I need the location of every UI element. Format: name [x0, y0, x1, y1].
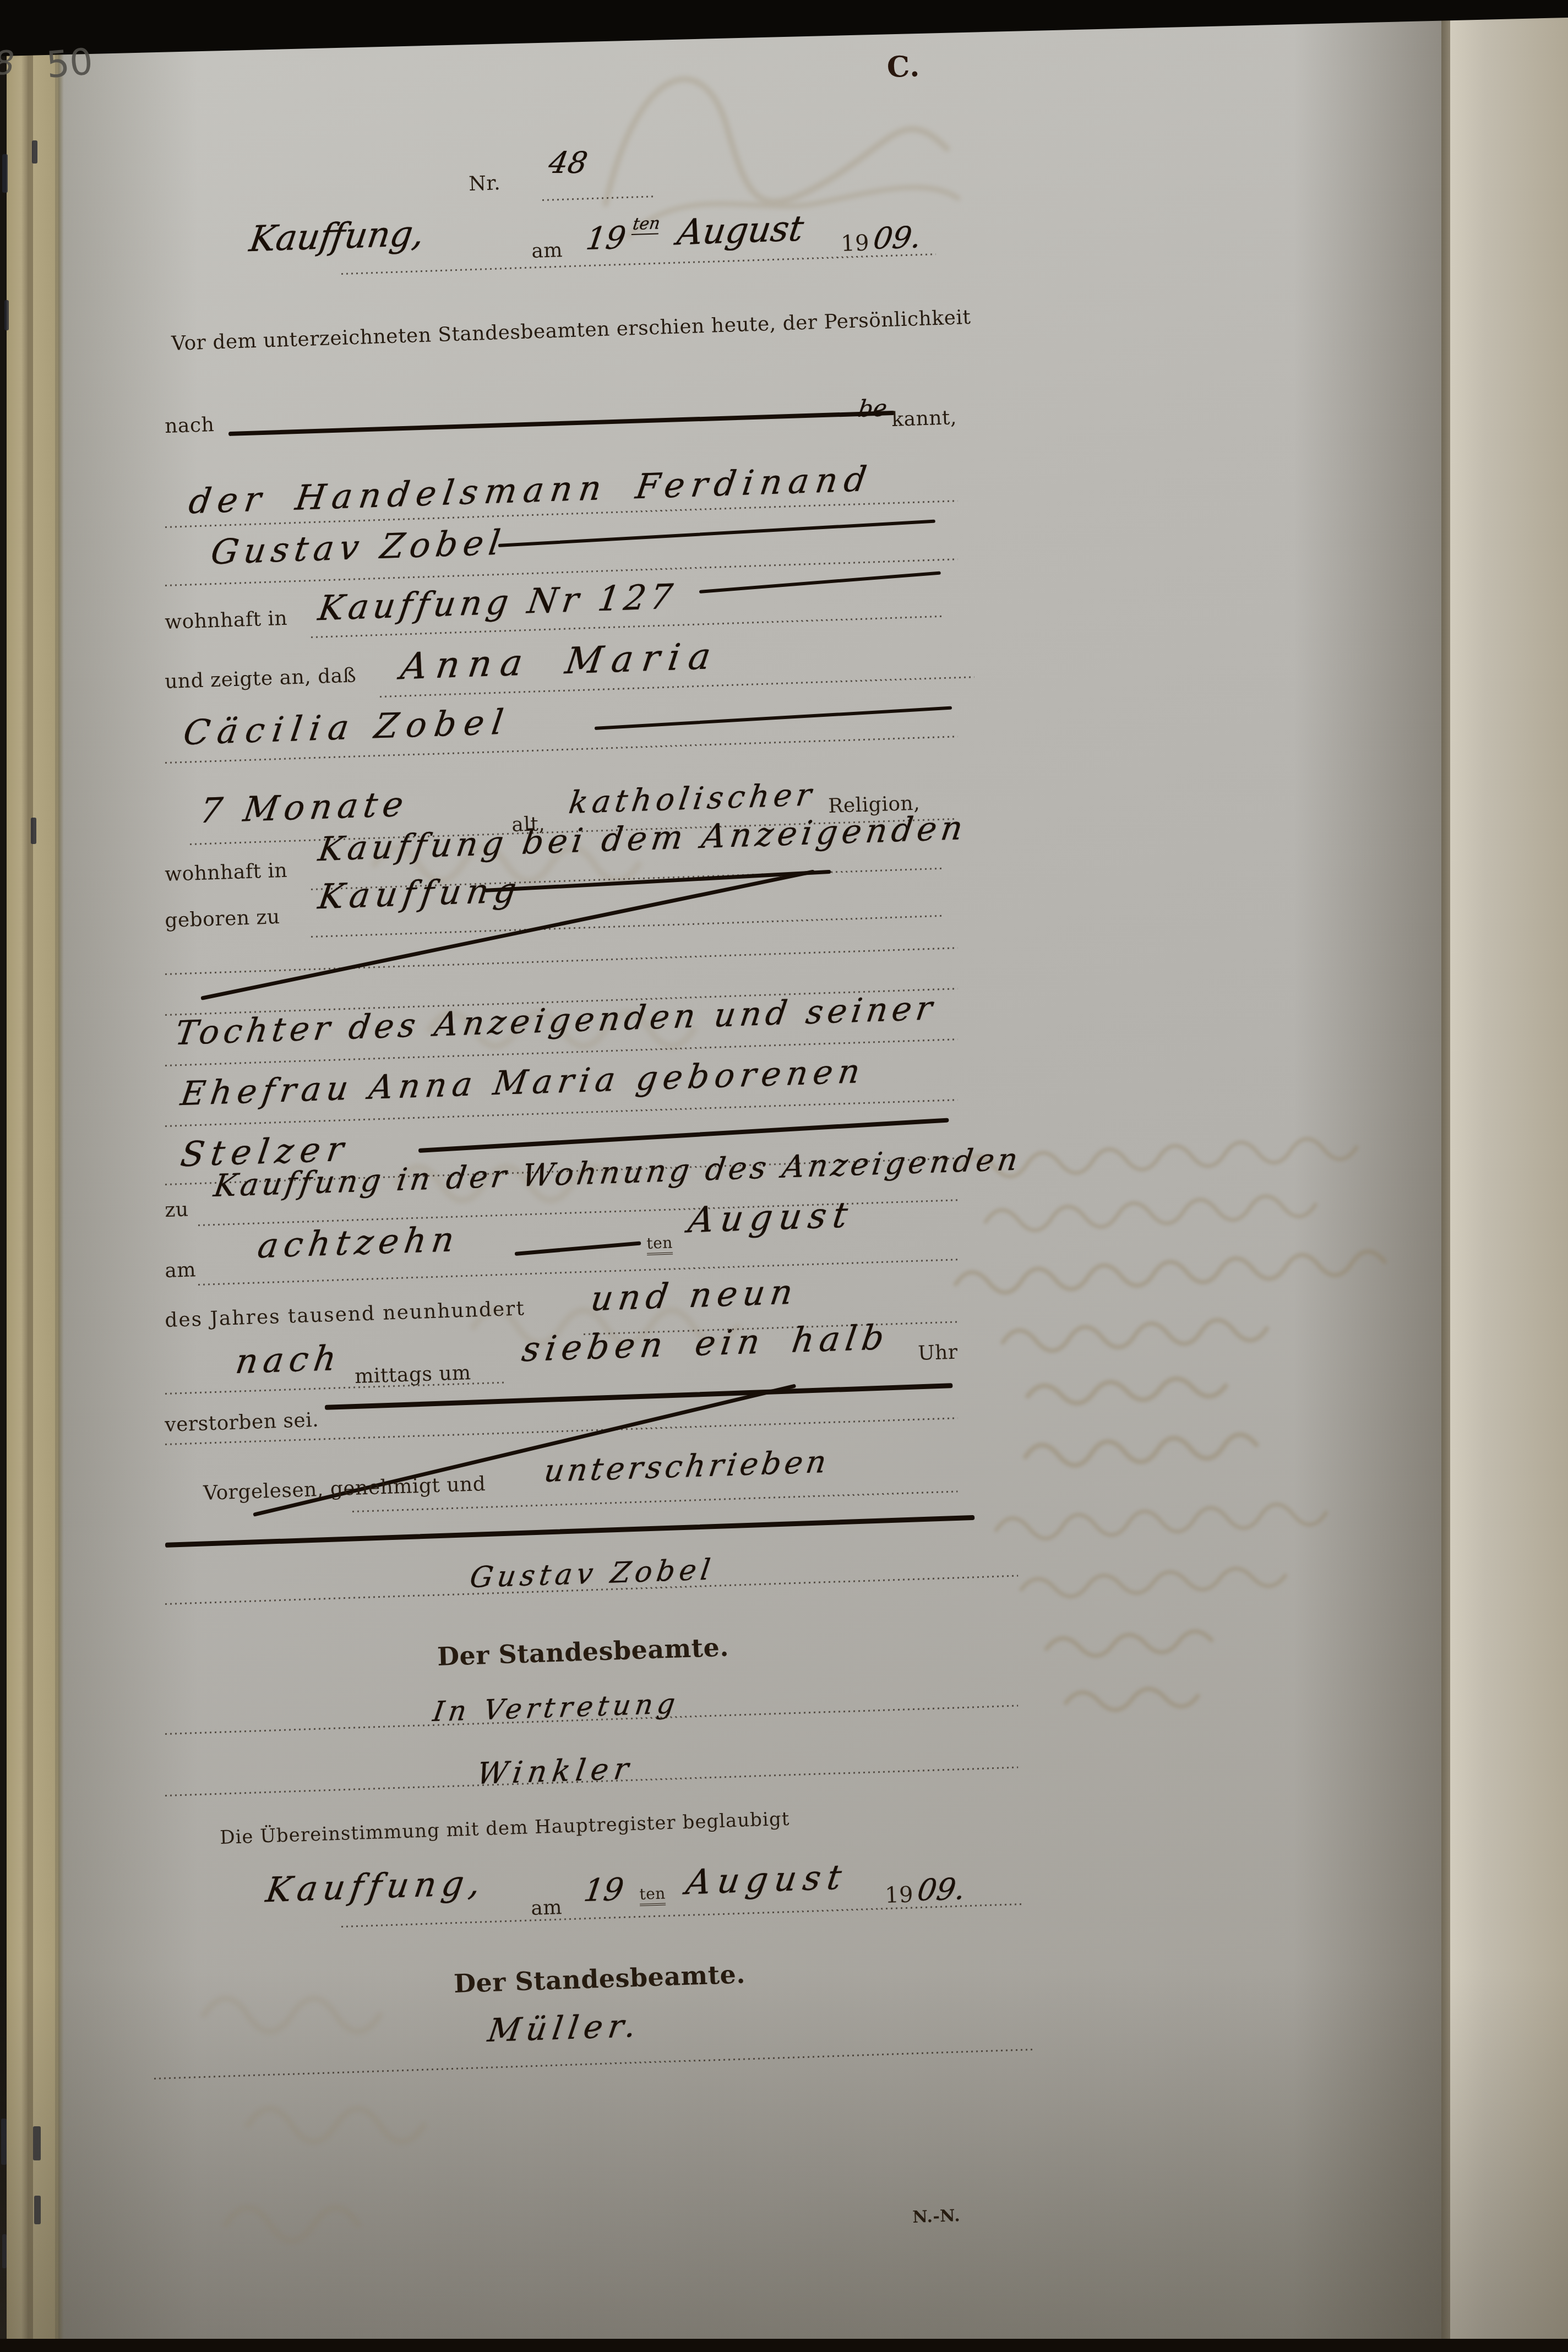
- header-day-suffix: ten: [631, 214, 661, 235]
- wohnhaft-label-2: wohnhaft in: [165, 859, 288, 886]
- uhr-label: Uhr: [918, 1341, 959, 1365]
- registrar-label-1: Der Standesbeamte.: [437, 1632, 729, 1672]
- dotted-rule: [311, 915, 944, 938]
- book-edge-strip: [0, 0, 7, 2352]
- ink-flourish-line: [515, 1241, 641, 1256]
- ink-strike-line: [228, 411, 895, 436]
- edge-ink-mark: [4, 300, 9, 330]
- gutter-shadow: [1294, 0, 1442, 2352]
- verstorben-label: verstorben sei.: [165, 1409, 319, 1436]
- declarant-residence: Kauffung Nr 127: [316, 576, 679, 628]
- dotted-rule: [341, 1903, 1023, 1928]
- edge-ink-mark: [32, 140, 37, 164]
- certification-line: Die Übereinstimmung mit dem Hauptregiste…: [220, 1808, 790, 1849]
- ink-strike-line: [325, 1383, 953, 1410]
- ink-bleedthrough: [926, 1110, 1463, 1742]
- time-value: sieben ein halb: [520, 1317, 892, 1369]
- declarant-line2: Gustav Zobel: [209, 522, 509, 572]
- age-value: 7 Monate: [198, 783, 412, 831]
- death-day: achtzehn: [255, 1219, 462, 1266]
- book-edge-strip: [58, 0, 64, 2352]
- edge-ink-mark: [31, 818, 36, 844]
- kannt-label: kannt,: [891, 406, 957, 431]
- record-number: 48: [546, 145, 590, 180]
- daypart-value: nach: [233, 1337, 345, 1381]
- certification-month: August: [684, 1856, 851, 1902]
- be-handwritten: be: [857, 394, 889, 422]
- anzeige-label: und zeigte an, daß: [165, 664, 357, 693]
- year-label: des Jahres tausend neunhundert: [165, 1297, 526, 1332]
- certification-day: 19: [581, 1871, 626, 1909]
- ink-flourish-line: [498, 520, 935, 547]
- declarant-line1: der Handelsmann Ferdinand: [187, 459, 876, 522]
- unterschrieben-value: unterschrieben: [542, 1444, 832, 1490]
- signature-rule-line: [165, 1515, 974, 1548]
- nach-label: nach: [165, 413, 215, 438]
- am-label-2: am: [165, 1259, 197, 1282]
- book-edge-strip: [28, 0, 33, 2352]
- death-month: August: [685, 1195, 857, 1241]
- year-value: und neun: [589, 1271, 801, 1319]
- dotted-rule: [542, 195, 655, 201]
- certification-year-printed: 19: [884, 1882, 913, 1908]
- nr-label: Nr.: [469, 172, 501, 195]
- printer-mark: N.-N.: [912, 2206, 961, 2227]
- header-month: August: [674, 208, 806, 253]
- registrar-label-2: Der Standesbeamte.: [453, 1959, 745, 1999]
- photo-background-bottom: [0, 2339, 1568, 2352]
- declarant-signature: Gustav Zobel: [468, 1553, 717, 1594]
- header-day: 19: [584, 220, 628, 257]
- book-edge-strip: [33, 0, 58, 2352]
- binding-crease: [1441, 0, 1450, 2352]
- ink-flourish-line: [595, 706, 952, 730]
- book-edge-strip: [7, 0, 28, 2352]
- zu-label: zu: [165, 1199, 189, 1222]
- certification-year-hw: 09.: [915, 1871, 967, 1908]
- register-page-photo: C. 50 8 Nr. 48 Kauffung, am 19 ten Augus…: [0, 0, 1568, 2352]
- edge-ink-mark: [34, 2196, 41, 2224]
- edge-ink-mark: [33, 2126, 41, 2160]
- edge-ink-mark: [2, 154, 8, 193]
- wohnhaft-label-1: wohnhaft in: [165, 607, 288, 634]
- page-shading: [0, 1967, 1568, 2352]
- dotted-rule: [165, 1381, 507, 1395]
- edge-ink-mark: [2, 2234, 7, 2268]
- am-label: am: [531, 239, 563, 263]
- geboren-label: geboren zu: [165, 906, 281, 932]
- header-year-printed: 19: [840, 230, 869, 257]
- header-place: Kauffung,: [247, 213, 427, 260]
- header-year-hw: 09.: [871, 220, 923, 256]
- child-name-line1: Anna Maria: [398, 635, 722, 688]
- ten-label-2: ten: [639, 1884, 666, 1906]
- ten-label: ten: [646, 1233, 673, 1255]
- dotted-rule: [341, 253, 936, 275]
- ink-flourish-line: [699, 571, 941, 594]
- certification-place: Kauffung,: [264, 1863, 489, 1910]
- vorgelesen-label: Vorgelesen, genehmigt und: [203, 1473, 486, 1505]
- facing-page-edge: [1450, 0, 1568, 2352]
- pencil-page-number: 50: [45, 40, 94, 86]
- dotted-rule: [154, 2049, 1035, 2079]
- form-letter-c: C.: [886, 50, 921, 84]
- ink-bleedthrough: [182, 1960, 567, 2268]
- dotted-rule: [165, 947, 957, 975]
- birthplace-value: Kauffung: [316, 870, 525, 917]
- registrar-signature-mueller: Müller.: [486, 2007, 644, 2050]
- intro-line: Vor dem unterzeichneten Standesbeamten e…: [171, 306, 971, 355]
- child-name-line2: Cäcilia Zobel: [181, 701, 514, 753]
- am-label-3: am: [531, 1896, 563, 1920]
- edge-ink-mark: [1, 2119, 7, 2165]
- photo-background-top: [0, 0, 1568, 61]
